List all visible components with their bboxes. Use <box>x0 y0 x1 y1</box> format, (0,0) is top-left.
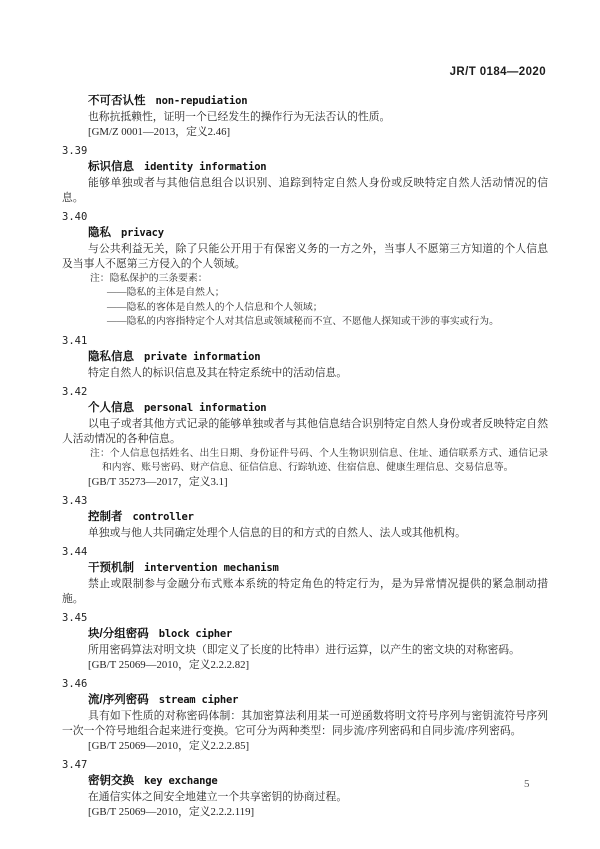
term-heading: 隐私privacy <box>88 225 548 241</box>
term-en-label: stream cipher <box>159 694 239 706</box>
term-number: 3.40 <box>62 209 548 225</box>
term-entry: 3.39 标识信息identity information 能够单独或者与其他信… <box>62 143 548 206</box>
source-reference: [GM/Z 0001—2013，定义2.46] <box>88 125 548 140</box>
term-en-label: private information <box>144 351 260 363</box>
term-en-label: non-repudiation <box>156 95 248 107</box>
term-heading: 干预机制intervention mechanism <box>88 560 548 576</box>
term-note: 注：个人信息包括姓名、出生日期、身份证件号码、个人生物识别信息、住址、通信联系方… <box>62 447 548 475</box>
term-en-label: block cipher <box>159 628 232 640</box>
terms-list: 不可否认性non-repudiation 也称抗抵赖性，证明一个已经发生的操作行… <box>62 93 548 823</box>
term-entry: 3.42 个人信息personal information 以电子或者其他方式记… <box>62 384 548 490</box>
term-heading: 流/序列密码stream cipher <box>88 692 548 708</box>
term-en-label: personal information <box>144 402 266 414</box>
term-definition: 以电子或者其他方式记录的能够单独或者与其他信息结合识别特定自然人身份或者反映特定… <box>62 417 548 447</box>
note-item: ——隐私的内容指特定个人对其信息或领域秘而不宣、不愿他人探知或干涉的事实或行为。 <box>107 315 548 330</box>
term-en-label: intervention mechanism <box>144 562 279 574</box>
term-en-label: controller <box>133 511 194 523</box>
term-heading: 不可否认性non-repudiation <box>88 93 548 109</box>
term-en-label: identity information <box>144 161 266 173</box>
term-definition: 禁止或限制参与金融分布式账本系统的特定角色的特定行为，是为异常情况提供的紧急制动… <box>62 577 548 607</box>
term-zh-label: 不可否认性 <box>88 95 146 107</box>
page-number: 5 <box>524 778 530 790</box>
term-heading: 密钥交换key exchange <box>88 773 548 789</box>
term-number: 3.47 <box>62 757 548 773</box>
note-item: ——隐私的主体是自然人； <box>107 286 548 301</box>
term-definition: 所用密码算法对明文块（即定义了长度的比特串）进行运算，以产生的密文块的对称密码。 <box>62 643 548 658</box>
term-en-label: privacy <box>121 227 164 239</box>
term-definition: 也称抗抵赖性，证明一个已经发生的操作行为无法否认的性质。 <box>62 110 548 125</box>
note-items: ——隐私的主体是自然人；——隐私的客体是自然人的个人信息和个人领域；——隐私的内… <box>62 286 548 330</box>
standard-code-header: JR/T 0184—2020 <box>62 66 546 78</box>
term-number: 3.41 <box>62 333 548 349</box>
term-definition: 具有如下性质的对称密码体制：其加密算法利用某一可逆函数将明文符号序列与密钥流符号… <box>62 709 548 739</box>
term-definition: 特定自然人的标识信息及其在特定系统中的活动信息。 <box>62 366 548 381</box>
term-number: 3.45 <box>62 610 548 626</box>
document-page: JR/T 0184—2020 不可否认性non-repudiation 也称抗抵… <box>0 0 600 849</box>
term-zh-label: 隐私信息 <box>88 351 134 363</box>
note-item: ——隐私的客体是自然人的个人信息和个人领域； <box>107 301 548 316</box>
term-number: 3.43 <box>62 493 548 509</box>
term-definition: 在通信实体之间安全地建立一个共享密钥的协商过程。 <box>62 790 548 805</box>
term-entry: 3.44 干预机制intervention mechanism 禁止或限制参与金… <box>62 544 548 607</box>
source-reference: [GB/T 35273—2017，定义3.1] <box>88 475 548 490</box>
term-heading: 个人信息personal information <box>88 400 548 416</box>
term-zh-label: 干预机制 <box>88 562 134 574</box>
term-zh-label: 个人信息 <box>88 402 134 414</box>
term-heading: 块/分组密码block cipher <box>88 626 548 642</box>
term-entry: 3.41 隐私信息private information 特定自然人的标识信息及… <box>62 333 548 381</box>
term-entry: 3.40 隐私privacy 与公共利益无关，除了只能公开用于有保密义务的一方之… <box>62 209 548 330</box>
term-entry: 不可否认性non-repudiation 也称抗抵赖性，证明一个已经发生的操作行… <box>62 93 548 140</box>
term-zh-label: 块/分组密码 <box>88 628 149 640</box>
term-definition: 与公共利益无关，除了只能公开用于有保密义务的一方之外，当事人不愿第三方知道的个人… <box>62 242 548 272</box>
term-entry: 3.47 密钥交换key exchange 在通信实体之间安全地建立一个共享密钥… <box>62 757 548 820</box>
term-heading: 控制者controller <box>88 509 548 525</box>
term-number: 3.44 <box>62 544 548 560</box>
term-zh-label: 密钥交换 <box>88 775 134 787</box>
term-zh-label: 流/序列密码 <box>88 694 149 706</box>
term-number: 3.39 <box>62 143 548 159</box>
term-en-label: key exchange <box>144 775 217 787</box>
term-entry: 3.45 块/分组密码block cipher 所用密码算法对明文块（即定义了长… <box>62 610 548 673</box>
term-entry: 3.46 流/序列密码stream cipher 具有如下性质的对称密码体制：其… <box>62 676 548 754</box>
term-zh-label: 控制者 <box>88 511 123 523</box>
source-reference: [GB/T 25069—2010，定义2.2.2.85] <box>88 739 548 754</box>
term-number: 3.46 <box>62 676 548 692</box>
term-entry: 3.43 控制者controller 单独或与他人共同确定处理个人信息的目的和方… <box>62 493 548 541</box>
term-number: 3.42 <box>62 384 548 400</box>
source-reference: [GB/T 25069—2010，定义2.2.2.119] <box>88 805 548 820</box>
term-heading: 隐私信息private information <box>88 349 548 365</box>
term-definition: 能够单独或者与其他信息组合以识别、追踪到特定自然人身份或反映特定自然人活动情况的… <box>62 176 548 206</box>
term-zh-label: 隐私 <box>88 227 111 239</box>
source-reference: [GB/T 25069—2010，定义2.2.2.82] <box>88 658 548 673</box>
term-zh-label: 标识信息 <box>88 161 134 173</box>
term-definition: 单独或与他人共同确定处理个人信息的目的和方式的自然人、法人或其他机构。 <box>62 526 548 541</box>
note-label: 注：隐私保护的三条要素： <box>90 272 548 286</box>
term-heading: 标识信息identity information <box>88 159 548 175</box>
